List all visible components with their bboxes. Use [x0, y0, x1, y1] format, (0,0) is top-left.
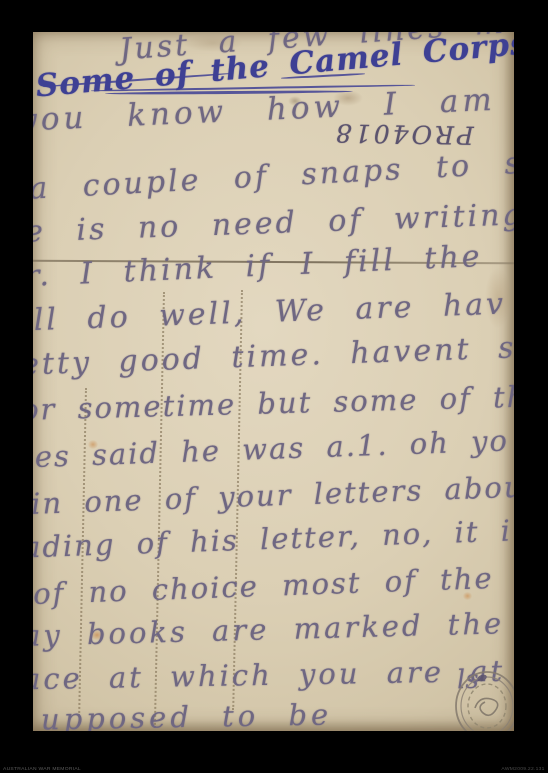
handwritten-line: upposed to be: [41, 699, 333, 731]
handwritten-line: ace at which you are at: [33, 656, 505, 696]
scan-background: Just a few lines m Some of the Camel Cor…: [0, 0, 548, 773]
handwritten-line: etty good time. havent s: [33, 331, 514, 381]
handwritten-line: tes said he was a.1. oh yo: [33, 425, 509, 474]
handwritten-line: r. I think if I fill the: [33, 240, 483, 293]
archive-caption-left: AUSTRALIAN WAR MEMORIAL: [3, 766, 81, 772]
handwritten-line: ill do well, We are hav: [33, 288, 507, 338]
handwritten-line: ay books are marked the s: [33, 607, 514, 653]
accession-number-inverted: PRO4018: [333, 119, 474, 149]
handwritten-line: or sometime but some of the: [33, 381, 514, 427]
oval-stamp: [449, 666, 514, 731]
handwritten-line: in one of your letters about: [33, 471, 514, 521]
archive-id-right: AWM2009.22.131: [502, 766, 545, 772]
postcard-paper: Just a few lines m Some of the Camel Cor…: [33, 32, 514, 731]
handwritten-line: of no choice most of the Ti: [33, 561, 514, 611]
handwritten-line: a couple of snaps to send: [33, 143, 514, 205]
handwritten-line: ading of his letter, no, it i: [33, 515, 512, 564]
